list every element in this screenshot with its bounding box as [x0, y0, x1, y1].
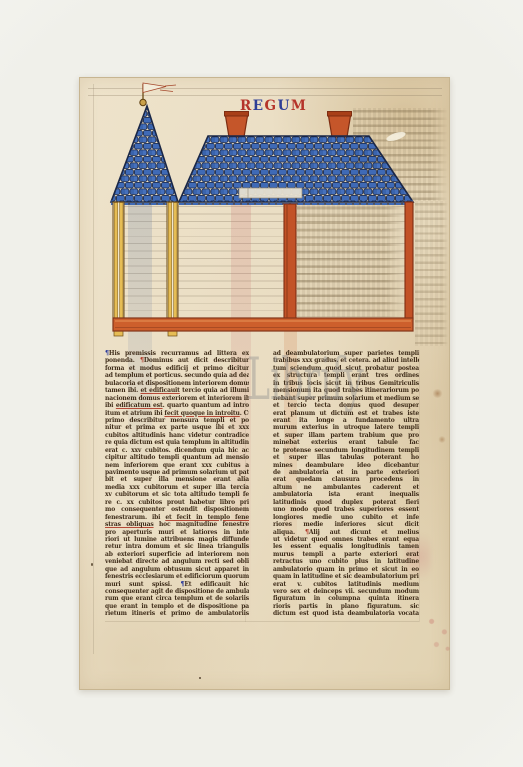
manuscript-text-line: quam in latitudine et sic deambulatorium…: [273, 573, 419, 580]
chimney-left: [225, 112, 249, 138]
manuscript-text-line: in tribus locis sicut in tribus Gemitric…: [273, 380, 419, 387]
manuscript-text-line: que ad angulum obtusum sicut apparet in: [105, 566, 249, 573]
manuscript-text-line: ambulatorio quam in primo et sicut in eo: [273, 566, 419, 573]
manuscript-text-line: mines deambulare ideo dicebantur: [273, 462, 419, 469]
manuscript-text-line: aliqua. ¶Alij aut dicunt et melius: [273, 529, 419, 536]
manuscript-text-line: ¶His premissis recurramus ad littera ex: [105, 350, 249, 357]
text-column-left: ¶His premissis recurramus ad littera exp…: [105, 350, 249, 620]
manuscript-text-line: dictum est quod ista deambulatoria vocat…: [273, 610, 419, 617]
manuscript-text-line: consequenter agit de dispositione de amb…: [105, 588, 249, 595]
manuscript-text-line: que erant in templo et de dispositione p…: [105, 603, 249, 610]
manuscript-text-line: media xxx cubitorum et super illa tercia: [105, 484, 249, 491]
manuscript-text-line: trabibus xxx gradus. et cetera. ad aliud…: [273, 357, 419, 364]
manuscript-text-line: ad deambulatorium super parietes templi: [273, 350, 419, 357]
manuscript-text-line: pavimento usque ad primum solarium ut pa…: [105, 469, 249, 476]
manuscript-text-line: ponenda. ¶Dominus aut dicit describitur: [105, 357, 249, 364]
manuscript-text-line: nitur et prima ex parte usque ibi et xxx: [105, 424, 249, 431]
manuscript-text-line: rietum itineris et primo de ambulatoriis: [105, 610, 249, 617]
manuscript-text-line: nem inferiorem que erant xxx cubitus a: [105, 462, 249, 469]
manuscript-text-line: ambulatoria ista erant inequalis: [273, 491, 419, 498]
blank-roof-banner: [239, 188, 302, 198]
manuscript-text-line: rum que erant circa templum et de solari…: [105, 595, 249, 602]
manuscript-text-line: erat planum ut dictum est et trabes iste: [273, 410, 419, 417]
ruling-line: [105, 621, 419, 622]
manuscript-text-line: cipitur altitudo templi quantum ad mensi…: [105, 454, 249, 461]
manuscript-text-line: muri sunt spissi. ¶Et edificauit hic: [105, 581, 249, 588]
manuscript-text-line: pro aperturis muri et latiores in inte: [105, 529, 249, 536]
title-letter: R: [240, 98, 253, 114]
manuscript-text-line: re c. xx cubitos prout habetur libro pri: [105, 499, 249, 506]
manuscript-text-line: itum et atrium ibi fecit quoque in intro…: [105, 410, 249, 417]
manuscript-text-line: mo consequenter ostendit dispositionem: [105, 506, 249, 513]
manuscript-text-line: altum ne ambulantes caderent et: [273, 484, 419, 491]
manuscript-text-line: latitudinis quod duplex poterat fieri: [273, 499, 419, 506]
manuscript-text-line: forma et modus edificij et primo dicitur: [105, 365, 249, 372]
manuscript-text-line: erat quedam clausura procedens in: [273, 476, 419, 483]
ink-speck: [199, 677, 201, 679]
manuscript-text-line: bulacoria et dispositionem interiorem do…: [105, 380, 249, 387]
yellow-column-right: [167, 202, 178, 336]
manuscript-text-line: nacionem domus exteriorem et interiorem …: [105, 395, 249, 402]
manuscript-text-line: longiores medie uno cubito et infe: [273, 514, 419, 521]
manuscript-text-line: veniebat directe ad angulum recti sed ob…: [105, 558, 249, 565]
text-column-right: ad deambulatorium super parietes templit…: [273, 350, 419, 620]
manuscript-text-line: et tercio tecta domus quod desuper: [273, 402, 419, 409]
manuscript-text-line: vero sex et deinceps vii. secundum modum: [273, 588, 419, 595]
manuscript-text-line: xv cubitorum et sic tota altitudo templi…: [105, 491, 249, 498]
manuscript-text-line: nebant super primum solarium et medium s…: [273, 395, 419, 402]
manuscript-text-line: et super illas tabulas poterant ho: [273, 454, 419, 461]
manuscript-text-line: ex structura templi erant tres ordines: [273, 372, 419, 379]
manuscript-text-line: mensionum ita quod trabes itinerariorum …: [273, 387, 419, 394]
manuscript-text-line: retur intra domum et sic linea trianguli…: [105, 543, 249, 550]
floor-beam: [113, 318, 413, 331]
parchment-page: REGUM ¶His premissis recurramus ad litte…: [79, 77, 450, 690]
manuscript-text-line: te protense secundum longitudinem templi: [273, 447, 419, 454]
manuscript-text-line: tamen ibi. et edificauit tercio quia ad …: [105, 387, 249, 394]
manuscript-text-line: erat v. cubitos latitudinis medium: [273, 581, 419, 588]
title-letter: G: [265, 98, 278, 114]
manuscript-photo: REGUM ¶His premissis recurramus ad litte…: [0, 0, 523, 767]
manuscript-text-line: murum exterius in utroque latere templi: [273, 424, 419, 431]
manuscript-text-line: murus templi a parte exteriori erat: [273, 551, 419, 558]
manuscript-text-line: les essent equalis longitudinis tamen: [273, 543, 419, 550]
temple-elevation-drawing: [80, 78, 449, 348]
manuscript-text-line: cubitos altitudinis hanc videtur contrad…: [105, 432, 249, 439]
manuscript-text-line: et super illam partem trabium que pro: [273, 432, 419, 439]
manuscript-text-line: stras obliquas hoc magnitudine fenestre: [105, 521, 249, 528]
chimney-right: [328, 112, 352, 138]
pink-specks: [422, 613, 454, 655]
manuscript-text-line: figuratum in columpna quinta itinera: [273, 595, 419, 602]
manuscript-text-line: uno modo quod trabes superiores essent: [273, 506, 419, 513]
manuscript-text-line: riori ut lumine attribuens magis diffund…: [105, 536, 249, 543]
spire-roof: [111, 106, 178, 205]
manuscript-text-line: rioris partis in plano figuratum. sic: [273, 603, 419, 610]
manuscript-text-line: re quia dictum est quia templum in altit…: [105, 439, 249, 446]
manuscript-text-line: riores medie inferiores sicut dicit: [273, 521, 419, 528]
manuscript-text-line: erat c. xxv cubitos. dicendum quia hic a…: [105, 447, 249, 454]
manuscript-text-line: erant ita longe a fundamento ultra: [273, 417, 419, 424]
manuscript-text-line: ad templum et porticus. secundo quia ad …: [105, 372, 249, 379]
manuscript-text-line: fenestrarum. ibi et fecit in templo fene: [105, 514, 249, 521]
manuscript-text-line: ab exteriori superficie ad interiorem no…: [105, 551, 249, 558]
manuscript-text-line: minebat exterius erant tabule fac: [273, 439, 419, 446]
page-title: REGUM: [240, 95, 307, 114]
manuscript-text-line: ut videtur quod omnes trabes erant equa: [273, 536, 419, 543]
brown-stain: [438, 436, 446, 443]
manuscript-text-line: fenestris ecclesiarum et edificiorum quo…: [105, 573, 249, 580]
manuscript-text-line: bit et super illa mensione erant alia: [105, 476, 249, 483]
manuscript-text-line: retractus uno cubito plus in latitudine: [273, 558, 419, 565]
flag-icon: [140, 83, 176, 106]
manuscript-text-line: tum sciendum quod sicut probatur postea: [273, 365, 419, 372]
brown-stain: [432, 389, 443, 398]
ink-speck: [91, 563, 93, 566]
manuscript-text-line: ibi edificatum est. quarto quantum ad in…: [105, 402, 249, 409]
title-letter: U: [278, 98, 291, 114]
manuscript-text-line: primo describitur mensura templi et po: [105, 417, 249, 424]
yellow-column-left: [113, 202, 124, 336]
title-letter: E: [253, 98, 265, 114]
red-wall-post-right: [405, 202, 413, 319]
title-letter: M: [291, 98, 307, 114]
red-interior-post: [284, 204, 296, 319]
main-roof: [179, 136, 413, 205]
manuscript-text-line: de ambulatoria et in parte exteriori: [273, 469, 419, 476]
